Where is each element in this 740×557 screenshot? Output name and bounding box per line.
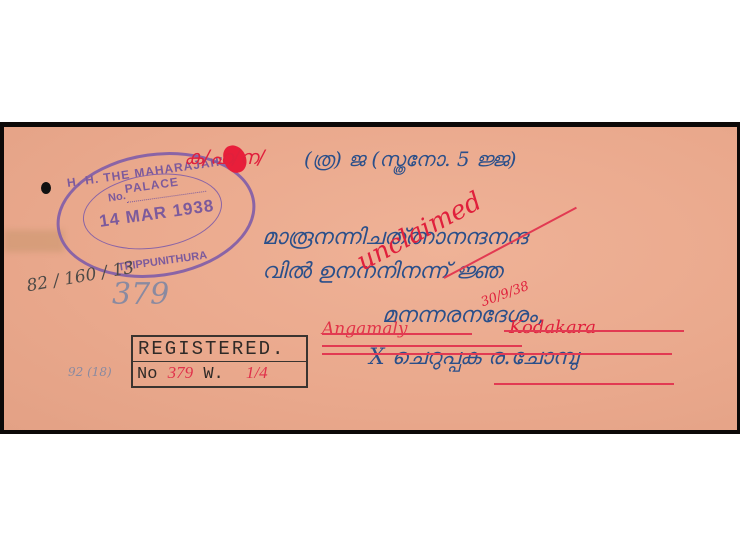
strike-line-3 <box>322 353 672 355</box>
address-line-4: X ചെറുപ്പക ര.ചോമ്പു <box>369 345 578 370</box>
top-red-script: ക/ഹ/ന/ <box>184 145 265 169</box>
strike-kodakara <box>504 330 684 332</box>
stamp-number-label: No. <box>107 190 126 204</box>
registered-title: REGISTERED. <box>133 337 306 362</box>
crossed-angamaly: Angamaly <box>322 319 408 339</box>
registered-label: REGISTERED. No 379 W. 1/4 <box>131 335 308 388</box>
strike-line-2 <box>322 345 522 347</box>
registration-number-row: No 379 W. 1/4 <box>133 362 306 386</box>
handwritten-fraction: 1/4 <box>246 363 268 382</box>
punch-hole <box>41 182 51 194</box>
pencil-number: 379 <box>112 277 169 312</box>
crossed-kodakara: Kodakara <box>509 317 596 338</box>
postal-cover: H. H. THE MAHARAJAH'S PALACE No. 14 MAR … <box>4 127 737 430</box>
number-suffix: W. <box>203 365 223 384</box>
top-blue-line: (ത്ര) ജ (സ്ത്രനോ. 5 ജ്ജ) <box>304 147 516 171</box>
strike-angamaly <box>322 333 472 335</box>
grey-mark: 92 (18) <box>68 365 112 379</box>
paper-stain <box>4 230 64 252</box>
strike-line-4 <box>494 383 674 385</box>
handwritten-reg-number: 379 <box>168 363 194 382</box>
number-prefix: No <box>137 365 157 384</box>
